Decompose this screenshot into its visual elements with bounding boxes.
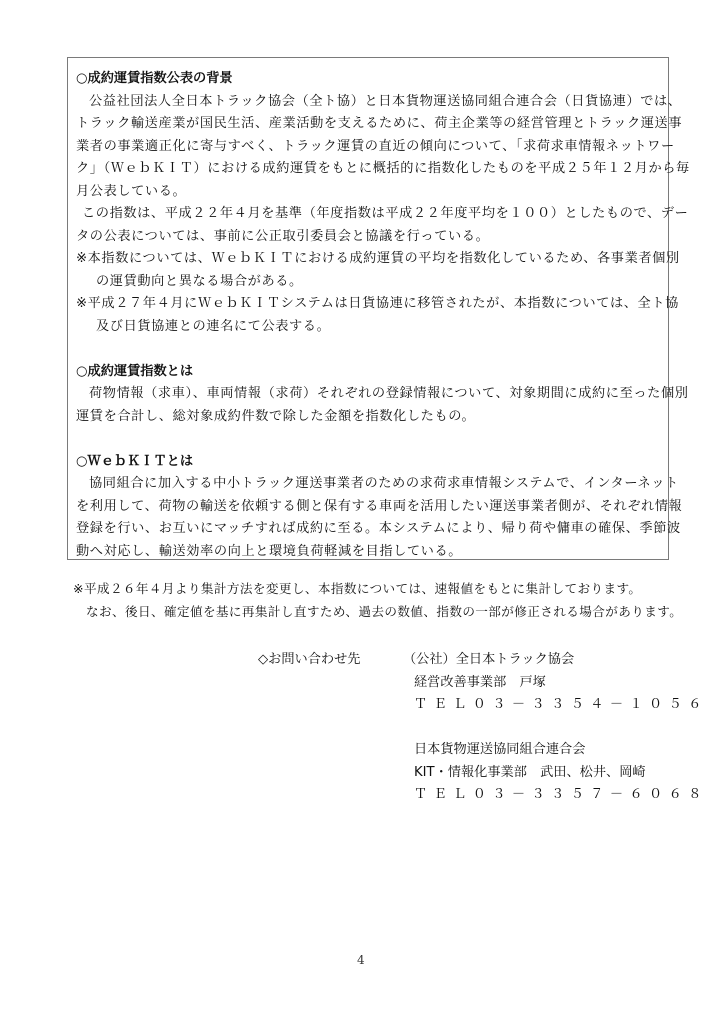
paragraph-line: 協同組合に加入する中小トラック運送事業者のための求荷求車情報システムで、インター… bbox=[76, 473, 660, 496]
footnotes: ※平成２６年４月より集計方法を変更し、本指数については、速報値をもとに集計してお… bbox=[73, 578, 693, 623]
paragraph-line: トラック輸送産業が国民生活、産業活動を支えるために、荷主企業等の経営管理とトラッ… bbox=[76, 113, 660, 136]
paragraph-line: 業者の事業適正化に寄与すべく、トラック運賃の直近の傾向について、「求荷求車情報ネ… bbox=[76, 136, 660, 159]
note-line: 及び日貨協連との連名にて公表する。 bbox=[76, 316, 660, 339]
paragraph-line: タの公表については、事前に公正取引委員会と協議を行っている。 bbox=[76, 226, 660, 249]
paragraph-line: 公益社団法人全日本トラック協会（全ト協）と日本貨物運送協同組合連合会（日貨協連）… bbox=[76, 91, 660, 114]
paragraph-line: 荷物情報（求車）、車両情報（求荷）それぞれの登録情報について、対象期間に成約に至… bbox=[76, 383, 660, 406]
footnote-line: ※平成２６年４月より集計方法を変更し、本指数については、速報値をもとに集計してお… bbox=[73, 578, 693, 601]
section-heading-index-definition: ○成約運賃指数とは bbox=[76, 361, 660, 384]
paragraph-line: 登録を行い、お互いにマッチすれば成約に至る。本システムにより、帰り荷や傭車の確保… bbox=[76, 518, 660, 541]
contact-org2-department: KIT・情報化事業部 武田、松井、岡崎 bbox=[414, 762, 646, 785]
section-heading-webkit: ○ＷｅｂＫＩＴとは bbox=[76, 451, 660, 474]
paragraph-line: この指数は、平成２２年４月を基準（年度指数は平成２２年度平均を１００）としたもの… bbox=[76, 203, 660, 226]
info-box: ○成約運賃指数公表の背景 公益社団法人全日本トラック協会（全ト協）と日本貨物運送… bbox=[67, 57, 669, 560]
paragraph-line: 月公表している。 bbox=[76, 181, 660, 204]
contact-org2-name: 日本貨物運送協同組合連合会 bbox=[414, 739, 585, 762]
spacer bbox=[76, 338, 660, 361]
page-number: 4 bbox=[357, 953, 365, 967]
spacer bbox=[76, 428, 660, 451]
contact-org1-tel: ＴＥＬ０３－３３５４－１０５６ bbox=[414, 694, 708, 717]
section-heading-background: ○成約運賃指数公表の背景 bbox=[76, 68, 660, 91]
note-line: ※本指数については、ＷｅｂＫＩＴにおける成約運賃の平均を指数化しているため、各事… bbox=[76, 248, 660, 271]
paragraph-line: 動へ対応し、輸送効率の向上と環境負荷軽減を目指している。 bbox=[76, 541, 660, 564]
note-line: の運賃動向と異なる場合がある。 bbox=[76, 271, 660, 294]
paragraph-line: 運賃を合計し、総対象成約件数で除した金額を指数化したもの。 bbox=[76, 406, 660, 429]
contact-label: ◇お問い合わせ先 bbox=[258, 649, 360, 672]
note-line: ※平成２７年４月にＷｅｂＫＩＴシステムは日貨協連に移管されたが、本指数については… bbox=[76, 293, 660, 316]
paragraph-line: ク」（ＷｅｂＫＩＴ）における成約運賃をもとに概括的に指数化したものを平成２５年１… bbox=[76, 158, 660, 181]
paragraph-line: を利用して、荷物の輸送を依頼する側と保有する車両を活用したい運送事業者側が、それ… bbox=[76, 496, 660, 519]
contact-org1-name: （公社）全日本トラック協会 bbox=[403, 649, 574, 672]
contact-org1-department: 経営改善事業部 戸塚 bbox=[414, 672, 546, 695]
contact-org2-tel: ＴＥＬ０３－３３５７－６０６８ bbox=[414, 784, 708, 807]
footnote-line: なお、後日、確定値を基に再集計し直すため、過去の数値、指数の一部が修正される場合… bbox=[73, 601, 693, 624]
